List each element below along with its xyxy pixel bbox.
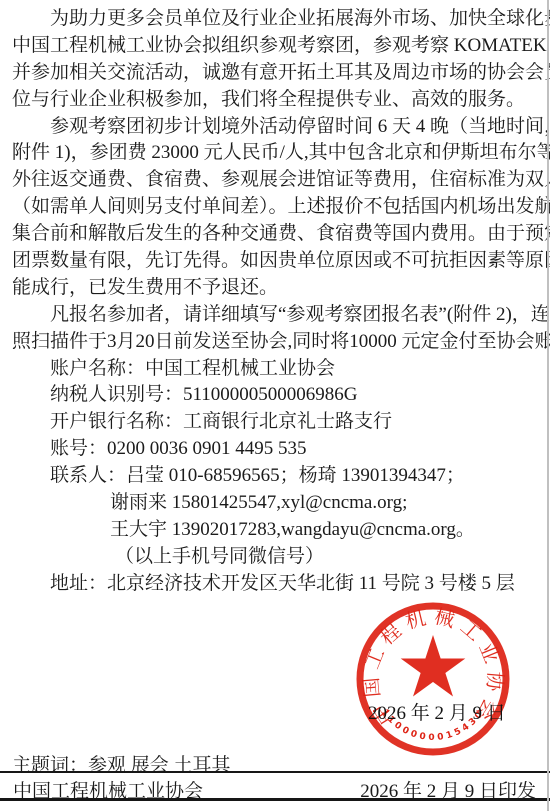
official-seal: 中国工程机械工业协会 1100000015430 <box>353 599 513 759</box>
body-line: 能成行，已发生费用不予退还。 <box>12 275 540 302</box>
body-line: 集合前和解散后发生的各种交通费、食宿费等国内费用。由于预定的 <box>12 221 540 248</box>
divider-line <box>0 771 550 773</box>
body-line: 为助力更多会员单位及行业企业拓展海外市场、加快全球化步伐， <box>12 6 540 33</box>
body-line: 凡报名参加者，请详细填写“参观考察团报名表”(附件 2)，连同护 <box>12 302 540 329</box>
scan-edge-artifact <box>547 0 549 811</box>
star-icon <box>401 635 466 697</box>
tax-id-line: 纳税人识别号：51100000500006986G <box>12 382 540 409</box>
body-line: 外往返交通费、食宿费、参观展会进馆证等费用，住宿标准为双人间 <box>12 167 540 194</box>
document-body: 为助力更多会员单位及行业企业拓展海外市场、加快全球化步伐， 中国工程机械工业协会… <box>12 6 540 598</box>
body-line: （如需单人间则另支付单间差）。上述报价不包括国内机场出发航站楼 <box>12 194 540 221</box>
account-number-line: 账号：0200 0036 0901 4495 535 <box>12 436 540 463</box>
wechat-note-line: （以上手机号同微信号） <box>12 544 540 571</box>
body-line: 照扫描件于3月20日前发送至协会,同时将10000 元定金付至协会账户。 <box>12 329 540 356</box>
seal-graphic: 中国工程机械工业协会 1100000015430 <box>353 599 513 759</box>
contact-line: 谢雨来 15801425547,xyl@cncma.org; <box>12 490 540 517</box>
bank-name-line: 开户银行名称：工商银行北京礼士路支行 <box>12 409 540 436</box>
body-line: 中国工程机械工业协会拟组织参观考察团，参观考察 KOMATEK 2026 <box>12 33 540 60</box>
body-line: 参观考察团初步计划境外活动停留时间 6 天 4 晚（当地时间，见 <box>12 114 540 141</box>
body-line: 团票数量有限，先订先得。如因贵单位原因或不可抗拒因素等原因未 <box>12 248 540 275</box>
contact-line: 王大宇 13902017283,wangdayu@cncma.org。 <box>12 517 540 544</box>
address-line: 地址：北京经济技术开发区天华北街 11 号院 3 号楼 5 层 <box>12 571 540 598</box>
issue-date: 2026 年 2 月 9 日 <box>368 698 506 725</box>
account-name-line: 账户名称：中国工程机械工业协会 <box>12 356 540 383</box>
divider-line <box>0 798 550 801</box>
body-line: 并参加相关交流活动，诚邀有意开拓土耳其及周边市场的协会会员单 <box>12 60 540 87</box>
body-line: 附件 1)，参团费 23000 元人民币/人,其中包含北京和伊斯坦布尔等境 <box>12 140 540 167</box>
contact-line: 联系人：吕莹 010-68596565；杨琦 13901394347； <box>12 463 540 490</box>
body-line: 位与行业企业积极参加，我们将全程提供专业、高效的服务。 <box>12 87 540 114</box>
